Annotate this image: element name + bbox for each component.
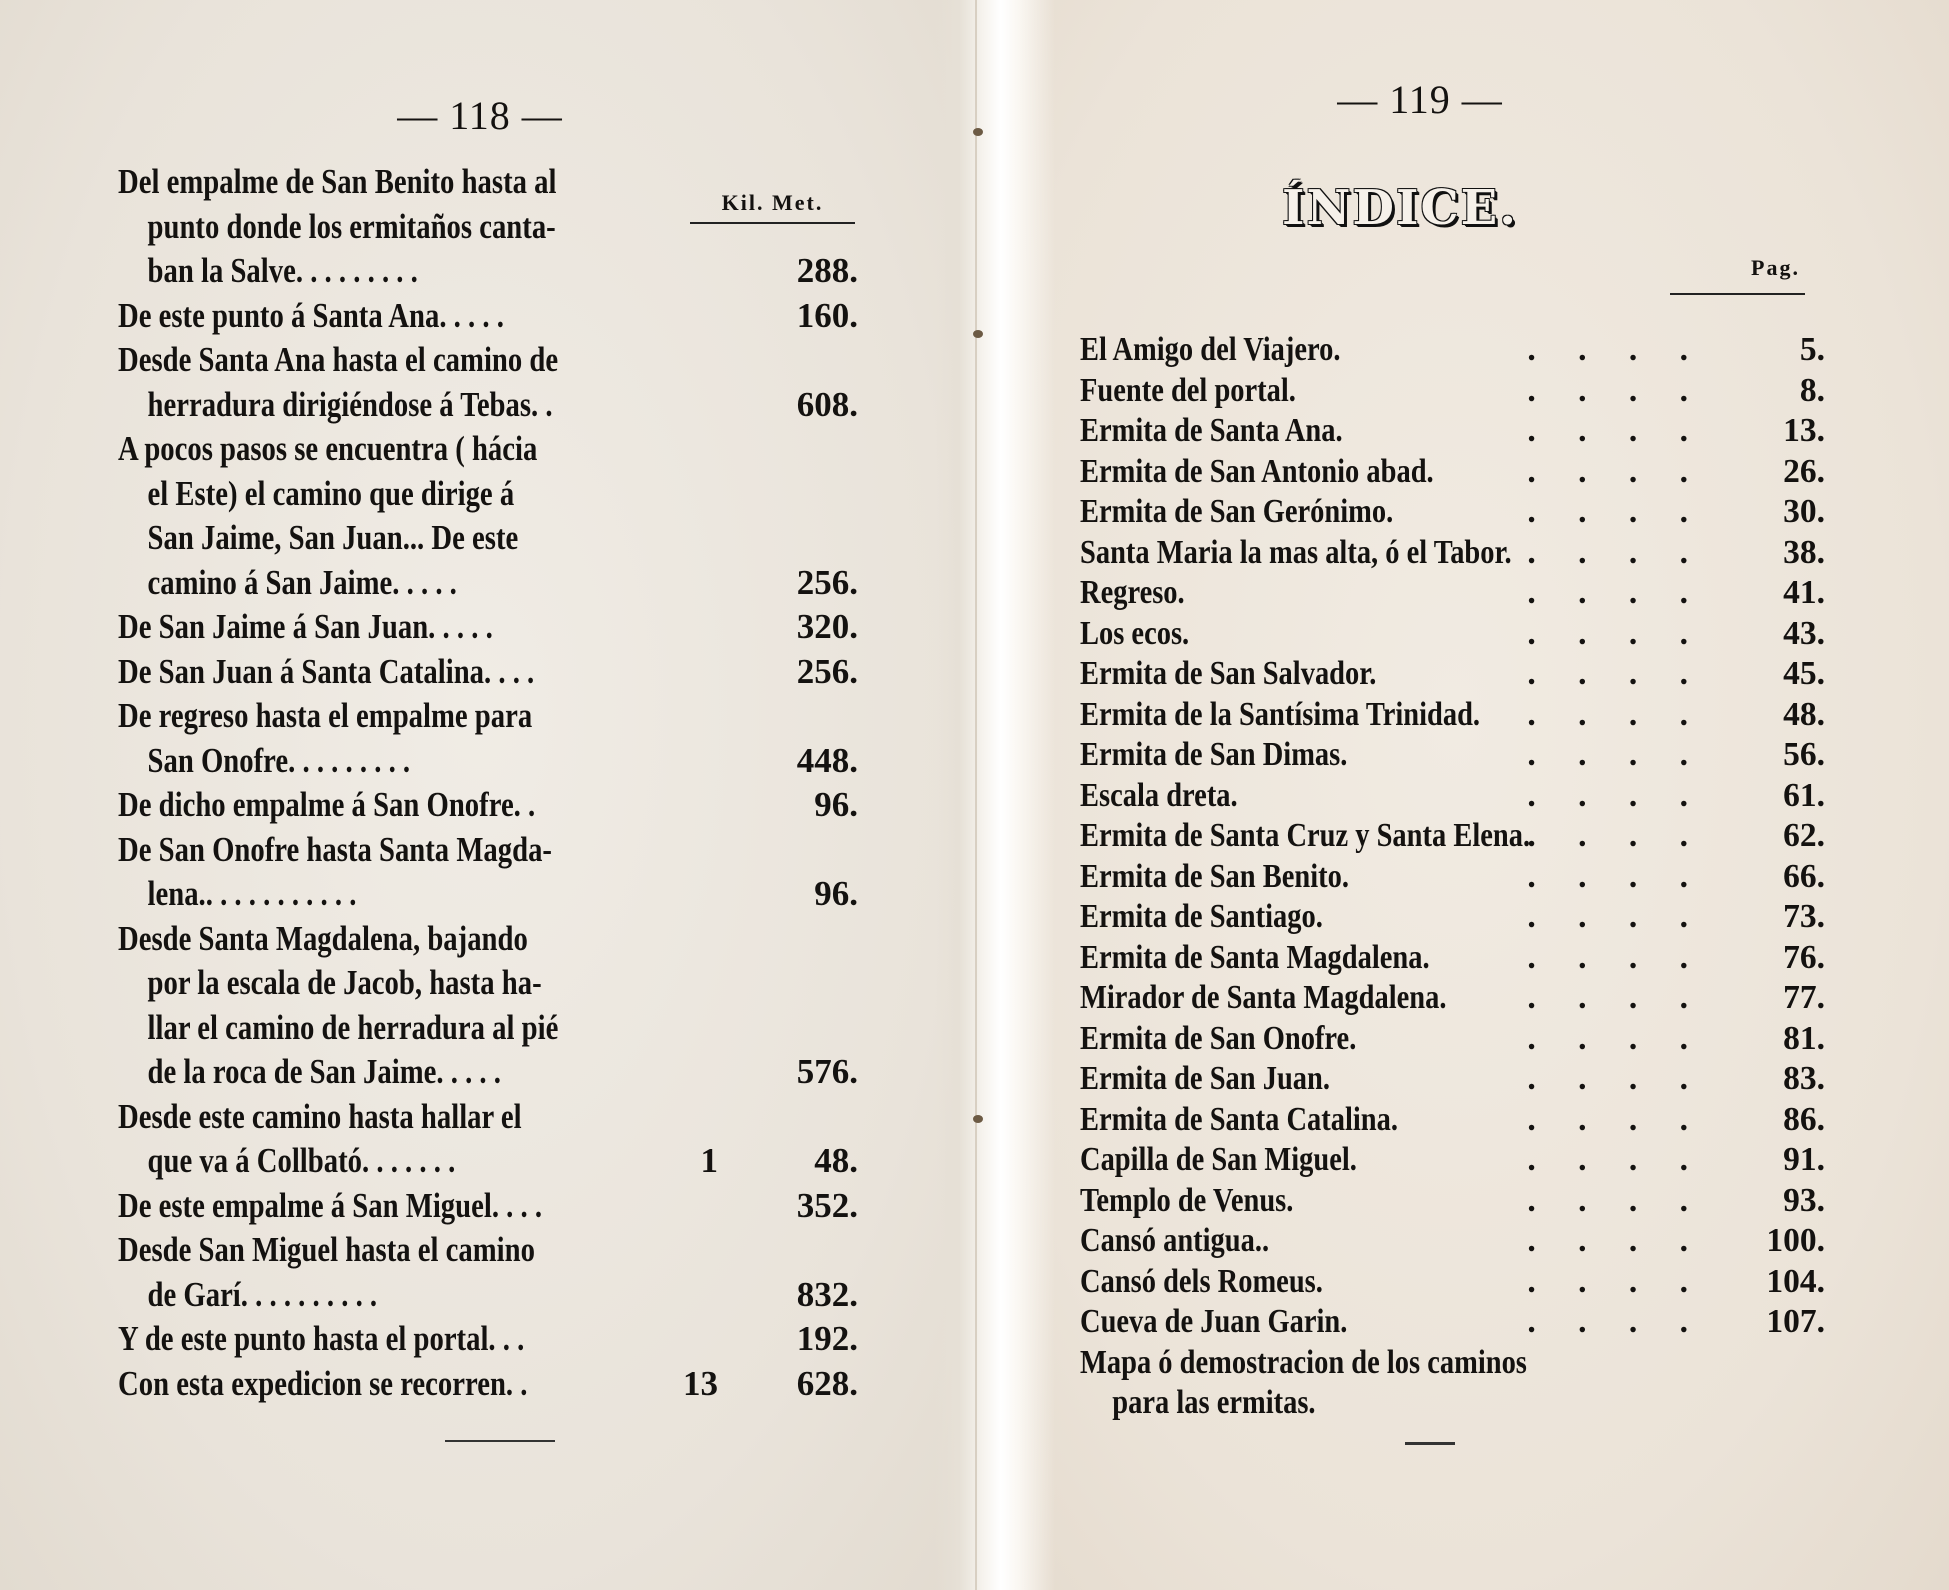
index-page-number: 86. bbox=[1715, 1100, 1825, 1141]
distance-entry: De este empalme á San Miguel. . . .352. bbox=[118, 1184, 858, 1229]
dot-leader: . . . . bbox=[1527, 1100, 1705, 1141]
meters-value: 48. bbox=[748, 1139, 858, 1184]
index-page-number: 43. bbox=[1715, 614, 1825, 655]
dot-leader: . . . . bbox=[1527, 492, 1705, 533]
dot-leader: . . . . bbox=[1527, 1140, 1705, 1181]
meters-value: 352. bbox=[748, 1184, 858, 1229]
dot-leader: . . . . bbox=[1527, 776, 1705, 817]
index-page-number: 77. bbox=[1715, 978, 1825, 1019]
index-entry-label: para las ermitas. bbox=[1080, 1383, 1713, 1424]
index-entry: Ermita de San Juan.. . . .83. bbox=[1080, 1059, 1825, 1100]
distance-entry: A pocos pasos se encuentra ( háciael Est… bbox=[118, 427, 858, 605]
index-page-number: 76. bbox=[1715, 938, 1825, 979]
entry-text-line: Desde Santa Magdalena, bajando bbox=[118, 917, 856, 962]
meters-value: 288. bbox=[748, 249, 858, 294]
index-page-number: 73. bbox=[1715, 897, 1825, 938]
dot-leader: . . . . bbox=[1527, 1181, 1705, 1222]
kilometers-value: 13 bbox=[658, 1362, 718, 1407]
entry-text-line: De regreso hasta el empalme para bbox=[118, 694, 856, 739]
meters-value: 320. bbox=[748, 605, 858, 650]
index-entry: Ermita de Santiago.. . . .73. bbox=[1080, 897, 1825, 938]
index-entry: Regreso.. . . .41. bbox=[1080, 573, 1825, 614]
entry-text-line: llar el camino de herradura al pié bbox=[118, 1006, 856, 1051]
distance-entry: De regreso hasta el empalme paraSan Onof… bbox=[118, 694, 858, 783]
dot-leader: . . . . bbox=[1527, 1262, 1705, 1303]
meters-value: 608. bbox=[748, 383, 858, 428]
index-entry-label: Mapa ó demostracion de los caminos bbox=[1080, 1343, 1713, 1384]
index-entry: Ermita de San Antonio abad.. . . .26. bbox=[1080, 452, 1825, 493]
index-page-number: 107. bbox=[1715, 1302, 1825, 1343]
index-entry-label: Cueva de Juan Garin. bbox=[1080, 1302, 1347, 1343]
distance-entry: Del empalme de San Benito hasta alpunto … bbox=[118, 160, 858, 294]
index-entry-label: Cansó dels Romeus. bbox=[1080, 1262, 1323, 1303]
index-page-number: 8. bbox=[1715, 371, 1825, 412]
index-entry-label: Ermita de Santa Cruz y Santa Elena. bbox=[1080, 816, 1530, 857]
index-entry-label: Cansó antigua.. bbox=[1080, 1221, 1269, 1262]
index-entry-map: Mapa ó demostracion de los caminospara l… bbox=[1080, 1343, 1825, 1424]
meters-value: 256. bbox=[748, 650, 858, 695]
index-entry-label: Santa Maria la mas alta, ó el Tabor. bbox=[1080, 533, 1512, 574]
index-entry: Ermita de San Onofre.. . . .81. bbox=[1080, 1019, 1825, 1060]
dot-leader: . . . . bbox=[1527, 371, 1705, 412]
meters-value: 96. bbox=[748, 872, 858, 917]
dot-leader: . . . . bbox=[1527, 897, 1705, 938]
index-entry: Cansó antigua... . . .100. bbox=[1080, 1221, 1825, 1262]
page-column-header: Pag. bbox=[1710, 255, 1800, 281]
index-entry: Capilla de San Miguel.. . . .91. bbox=[1080, 1140, 1825, 1181]
index-page-number: 38. bbox=[1715, 533, 1825, 574]
index-page-number: 62. bbox=[1715, 816, 1825, 857]
dot-leader: . . . . bbox=[1527, 573, 1705, 614]
index-page-number: 26. bbox=[1715, 452, 1825, 493]
dot-leader: . . . . bbox=[1527, 695, 1705, 736]
index-entry-label: El Amigo del Viajero. bbox=[1080, 330, 1340, 371]
meters-value: 448. bbox=[748, 739, 858, 784]
dot-leader: . . . . bbox=[1527, 978, 1705, 1019]
index-page-number: 56. bbox=[1715, 735, 1825, 776]
meters-value: 576. bbox=[748, 1050, 858, 1095]
dot-leader: . . . . bbox=[1527, 452, 1705, 493]
index-page-number: 83. bbox=[1715, 1059, 1825, 1100]
index-entry-label: Capilla de San Miguel. bbox=[1080, 1140, 1357, 1181]
distance-entry: Desde este camino hasta hallar elque va … bbox=[118, 1095, 858, 1184]
index-entry: Templo de Venus.. . . .93. bbox=[1080, 1181, 1825, 1222]
index-entry-label: Ermita de San Gerónimo. bbox=[1080, 492, 1393, 533]
dot-leader: . . . . bbox=[1527, 1221, 1705, 1262]
index-entry: Mirador de Santa Magdalena.. . . .77. bbox=[1080, 978, 1825, 1019]
index-entry: Ermita de la Santísima Trinidad.. . . .4… bbox=[1080, 695, 1825, 736]
index-page-number: 91. bbox=[1715, 1140, 1825, 1181]
end-rule-left bbox=[445, 1440, 555, 1442]
index-entry: Los ecos.. . . .43. bbox=[1080, 614, 1825, 655]
kilometers-value: 1 bbox=[658, 1139, 718, 1184]
index-page-number: 81. bbox=[1715, 1019, 1825, 1060]
entry-text-line: punto donde los ermitaños canta- bbox=[118, 205, 856, 250]
index-entry: El Amigo del Viajero.. . . .5. bbox=[1080, 330, 1825, 371]
index-entry-label: Mirador de Santa Magdalena. bbox=[1080, 978, 1446, 1019]
dot-leader: . . . . bbox=[1527, 411, 1705, 452]
dot-leader: . . . . bbox=[1527, 857, 1705, 898]
index-page-number: 100. bbox=[1715, 1221, 1825, 1262]
page-number-right: — 119 — bbox=[1270, 76, 1570, 123]
distance-entry: Desde Santa Magdalena, bajandopor la esc… bbox=[118, 917, 858, 1095]
index-entry-label: Fuente del portal. bbox=[1080, 371, 1296, 412]
index-entry: Santa Maria la mas alta, ó el Tabor.. . … bbox=[1080, 533, 1825, 574]
index-entry: Ermita de San Gerónimo.. . . .30. bbox=[1080, 492, 1825, 533]
distance-entry: De San Jaime á San Juan. . . . .320. bbox=[118, 605, 858, 650]
index-list: El Amigo del Viajero.. . . .5.Fuente del… bbox=[1080, 330, 1825, 1424]
entry-text-line: el Este) el camino que dirige á bbox=[118, 472, 856, 517]
meters-value: 160. bbox=[748, 294, 858, 339]
distance-entry: Y de este punto hasta el portal. . .192. bbox=[118, 1317, 858, 1362]
meters-value: 256. bbox=[748, 561, 858, 606]
index-entry-label: Ermita de San Benito. bbox=[1080, 857, 1349, 898]
index-title: ÍNDICE. bbox=[1250, 180, 1550, 236]
entry-text-line: Desde San Miguel hasta el camino bbox=[118, 1228, 856, 1273]
index-entry: Ermita de San Salvador.. . . .45. bbox=[1080, 654, 1825, 695]
dot-leader: . . . . bbox=[1527, 1059, 1705, 1100]
meters-value: 628. bbox=[748, 1362, 858, 1407]
index-page-number: 45. bbox=[1715, 654, 1825, 695]
distance-list: Del empalme de San Benito hasta alpunto … bbox=[118, 160, 858, 1406]
index-entry-label: Ermita de San Antonio abad. bbox=[1080, 452, 1434, 493]
index-page-number: 13. bbox=[1715, 411, 1825, 452]
index-entry-label: Templo de Venus. bbox=[1080, 1181, 1293, 1222]
distance-entry: Desde San Miguel hasta el caminode Garí.… bbox=[118, 1228, 858, 1317]
left-page: — 118 — Kil. Met. Del empalme de San Ben… bbox=[0, 0, 960, 1590]
dot-leader: . . . . bbox=[1527, 1019, 1705, 1060]
distance-entry: De San Juan á Santa Catalina. . . .256. bbox=[118, 650, 858, 695]
index-entry-label: Ermita de la Santísima Trinidad. bbox=[1080, 695, 1480, 736]
dot-leader: . . . . bbox=[1527, 614, 1705, 655]
index-entry: Ermita de Santa Ana.. . . .13. bbox=[1080, 411, 1825, 452]
index-entry-label: Ermita de San Salvador. bbox=[1080, 654, 1376, 695]
index-page-number: 104. bbox=[1715, 1262, 1825, 1303]
index-entry-label: Ermita de San Juan. bbox=[1080, 1059, 1330, 1100]
entry-text-line: A pocos pasos se encuentra ( hácia bbox=[118, 427, 856, 472]
index-entry-label: Ermita de Santiago. bbox=[1080, 897, 1323, 938]
distance-entry: De dicho empalme á San Onofre. .96. bbox=[118, 783, 858, 828]
index-page-number: 30. bbox=[1715, 492, 1825, 533]
index-entry: Ermita de San Dimas.. . . .56. bbox=[1080, 735, 1825, 776]
entry-text-line: Desde este camino hasta hallar el bbox=[118, 1095, 856, 1140]
distance-entry: Desde Santa Ana hasta el camino deherrad… bbox=[118, 338, 858, 427]
index-page-number: 93. bbox=[1715, 1181, 1825, 1222]
dot-leader: . . . . bbox=[1527, 533, 1705, 574]
entry-text-line: Del empalme de San Benito hasta al bbox=[118, 160, 856, 205]
index-entry: Cueva de Juan Garin.. . . .107. bbox=[1080, 1302, 1825, 1343]
index-entry-label: Escala dreta. bbox=[1080, 776, 1238, 817]
book-spread: — 118 — Kil. Met. Del empalme de San Ben… bbox=[0, 0, 1949, 1590]
index-page-number: 5. bbox=[1715, 330, 1825, 371]
index-entry-label: Ermita de Santa Magdalena. bbox=[1080, 938, 1430, 979]
dot-leader: . . . . bbox=[1527, 330, 1705, 371]
distance-entry: De este punto á Santa Ana. . . . .160. bbox=[118, 294, 858, 339]
meters-value: 96. bbox=[748, 783, 858, 828]
index-entry-label: Ermita de San Dimas. bbox=[1080, 735, 1347, 776]
entry-text-line: Desde Santa Ana hasta el camino de bbox=[118, 338, 856, 383]
index-entry: Ermita de Santa Cruz y Santa Elena.. . .… bbox=[1080, 816, 1825, 857]
index-entry-label: Ermita de Santa Catalina. bbox=[1080, 1100, 1398, 1141]
index-page-number: 61. bbox=[1715, 776, 1825, 817]
dot-leader: . . . . bbox=[1527, 816, 1705, 857]
distance-entry: Con esta expedicion se recorren. .13628. bbox=[118, 1362, 858, 1407]
index-entry-label: Regreso. bbox=[1080, 573, 1185, 614]
index-page-number: 41. bbox=[1715, 573, 1825, 614]
distance-entry: De San Onofre hasta Santa Magda-lena.. .… bbox=[118, 828, 858, 917]
entry-text-line: por la escala de Jacob, hasta ha- bbox=[118, 961, 856, 1006]
end-rule-right bbox=[1405, 1442, 1455, 1445]
index-entry: Ermita de Santa Magdalena.. . . .76. bbox=[1080, 938, 1825, 979]
entry-text-line: San Jaime, San Juan... De este bbox=[118, 516, 856, 561]
header-rule bbox=[1670, 293, 1805, 295]
dot-leader: . . . . bbox=[1527, 735, 1705, 776]
index-page-number: 48. bbox=[1715, 695, 1825, 736]
index-page-number: 66. bbox=[1715, 857, 1825, 898]
index-entry: Ermita de San Benito.. . . .66. bbox=[1080, 857, 1825, 898]
index-entry: Fuente del portal.. . . .8. bbox=[1080, 371, 1825, 412]
index-entry: Cansó dels Romeus.. . . .104. bbox=[1080, 1262, 1825, 1303]
meters-value: 192. bbox=[748, 1317, 858, 1362]
index-entry: Escala dreta.. . . .61. bbox=[1080, 776, 1825, 817]
dot-leader: . . . . bbox=[1527, 938, 1705, 979]
dot-leader: . . . . bbox=[1527, 654, 1705, 695]
index-entry: Ermita de Santa Catalina.. . . .86. bbox=[1080, 1100, 1825, 1141]
page-number-left: — 118 — bbox=[330, 92, 630, 139]
entry-text-line: De San Onofre hasta Santa Magda- bbox=[118, 828, 856, 873]
index-entry-label: Ermita de San Onofre. bbox=[1080, 1019, 1356, 1060]
meters-value: 832. bbox=[748, 1273, 858, 1318]
dot-leader: . . . . bbox=[1527, 1302, 1705, 1343]
index-entry-label: Ermita de Santa Ana. bbox=[1080, 411, 1343, 452]
index-entry-label: Los ecos. bbox=[1080, 614, 1189, 655]
